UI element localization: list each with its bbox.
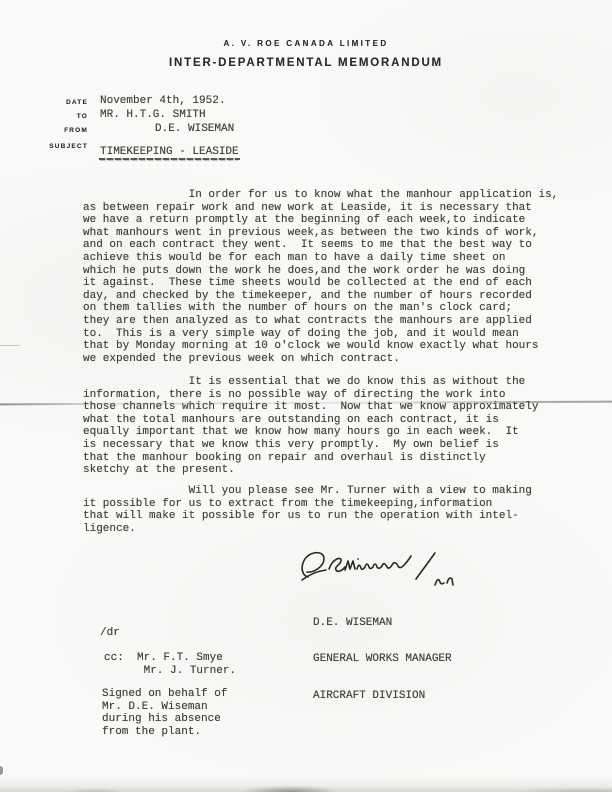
date-value: November 4th, 1952. (100, 95, 225, 107)
cc-list: cc: Mr. F.T. Smye Mr. J. Turner. (104, 652, 236, 677)
body-paragraph-1: In order for us to know what the manhour… (83, 189, 558, 365)
signer-name: D.E. WISEMAN (313, 617, 452, 629)
subject-label: SUBJECT (30, 143, 88, 150)
typist-initials: /dr (100, 627, 120, 639)
date-label: DATE (30, 99, 88, 106)
memo-title: INTER-DEPARTMENTAL MEMORANDUM (0, 57, 612, 69)
to-value: MR. H.T.G. SMITH (100, 109, 206, 121)
body-paragraph-3: Will you please see Mr. Turner with a vi… (83, 485, 532, 535)
from-value: D.E. WISEMAN (155, 123, 234, 135)
signer-division: AIRCRAFT DIVISION (313, 690, 452, 702)
signature-typed-block: D.E. WISEMAN GENERAL WORKS MANAGER AIRCR… (313, 592, 452, 727)
scan-edge-mark (0, 766, 3, 775)
from-label: FROM (30, 127, 88, 134)
left-edge-crease (0, 345, 20, 346)
letterhead-company: A. V. ROE CANADA LIMITED (0, 39, 612, 48)
bottom-scan-shadow (0, 777, 612, 792)
to-label: TO (30, 113, 88, 120)
subject-value: TIMEKEEPING - LEASIDE (100, 146, 239, 158)
signature-handwriting (298, 548, 470, 596)
subject-underline (99, 158, 240, 160)
signer-title: GENERAL WORKS MANAGER (313, 653, 452, 665)
body-paragraph-2: It is essential that we do know this as … (83, 376, 538, 477)
signed-on-behalf-note: Signed on behalf of Mr. D.E. Wiseman dur… (102, 688, 227, 739)
memo-page: A. V. ROE CANADA LIMITED INTER-DEPARTMEN… (0, 0, 612, 792)
